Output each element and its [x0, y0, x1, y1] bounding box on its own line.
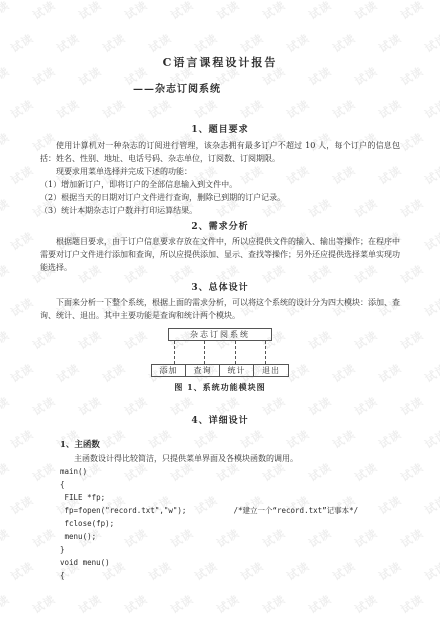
code-line: main(): [60, 465, 400, 478]
watermark-text: 试读: [30, 591, 59, 617]
code-line: {: [60, 569, 400, 582]
watermark-text: 试读: [76, 591, 105, 617]
document-subtitle: ——杂志订阅系统: [0, 84, 357, 96]
code-line: menu();: [60, 530, 400, 543]
paragraph-overall-design: 下面来分析一下整个系统，根据上面的需求分析，可以将这个系统的设计分为四大模块：添…: [40, 296, 400, 322]
diagram-connector: [174, 341, 175, 364]
paragraph-main-desc: 主函数设计得比较简洁，只提供菜单界面及各模块函数的调用。: [74, 452, 400, 465]
code-text: {: [60, 478, 65, 491]
module-diagram: 杂志订阅系统 添加 查询 统计 退出 图 1、系统功能模块图: [40, 328, 400, 393]
code-line: fp=fopen("record.txt","w");/*建立一个“record…: [60, 504, 400, 517]
figure-caption: 图 1、系统功能模块图: [174, 382, 265, 393]
module-cell-add: 添加: [152, 365, 186, 376]
code-text: void menu(): [60, 556, 110, 569]
code-line: {: [60, 478, 400, 491]
diagram-connector: [204, 341, 205, 364]
module-cell-exit: 退出: [254, 365, 288, 376]
code-line: fclose(fp);: [60, 517, 400, 530]
diagram-root-box: 杂志订阅系统: [168, 328, 272, 341]
diagram-module-row: 添加 查询 统计 退出: [151, 364, 289, 377]
code-text: main(): [60, 465, 87, 478]
module-cell-query: 查询: [186, 365, 220, 376]
document-title: C语言课程设计报告: [40, 56, 400, 70]
watermark-text: 试读: [0, 591, 12, 617]
watermark-text: 试读: [168, 591, 197, 617]
watermark-text: 试读: [352, 591, 381, 617]
diagram-connector: [235, 341, 236, 364]
subsection-main-function: 1、主函数 主函数设计得比较简洁，只提供菜单界面及各模块函数的调用。 main(…: [60, 439, 400, 582]
section-heading-requirements: 1、题目要求: [40, 124, 400, 136]
watermark-text: 试读: [214, 591, 243, 617]
watermark-text: 试读: [306, 591, 335, 617]
watermark-text: 试读: [398, 591, 427, 617]
watermark-text: 试读: [122, 591, 151, 617]
document-page: 试读试读试读试读试读试读试读试读试读试读试读试读试读试读试读试读试读试读试读试读…: [0, 0, 440, 620]
code-line: void menu(): [60, 556, 400, 569]
section-heading-detailed-design: 4、详细设计: [40, 415, 400, 427]
diagram-connectors: [174, 341, 266, 364]
code-block: main() { FILE *fp; fp=fopen("record.txt"…: [60, 465, 400, 582]
code-line: FILE *fp;: [60, 491, 400, 504]
requirement-item: （1）增加新订户，即将订户的全部信息输入到文件中。: [40, 178, 400, 191]
diagram-connector: [265, 341, 266, 364]
paragraph-requirements-intro: 使用计算机对一种杂志的订阅进行管理，该杂志拥有最多订户不超过 10 人，每个订户…: [40, 139, 400, 165]
code-line: }: [60, 543, 400, 556]
document-content: C语言课程设计报告 ——杂志订阅系统 1、题目要求 使用计算机对一种杂志的订阅进…: [0, 0, 440, 582]
code-text: }: [60, 543, 65, 556]
subsection-heading-main: 1、主函数: [60, 439, 400, 451]
code-comment: /*建立一个“record.txt”记事本*/: [233, 504, 358, 517]
code-text: fclose(fp);: [60, 517, 114, 530]
code-text: FILE *fp;: [60, 491, 105, 504]
section-heading-analysis: 2、需求分析: [40, 221, 400, 233]
requirement-item: （3）统计本期杂志订户数并打印运算结果。: [40, 204, 400, 217]
module-cell-stats: 统计: [220, 365, 254, 376]
code-text: {: [60, 569, 65, 582]
requirement-item: （2）根据当天的日期对订户文件进行查询，删除已到期的订户记录。: [40, 191, 400, 204]
paragraph-requirements-menu: 现要求用菜单选择并完成下述的功能：: [40, 165, 400, 178]
code-text: fp=fopen("record.txt","w");: [60, 504, 186, 517]
paragraph-analysis: 根据题目要求，由于订户信息要求存放在文件中，所以应提供文件的输入、输出等操作；在…: [40, 235, 400, 274]
watermark-text: 试读: [260, 591, 289, 617]
code-text: menu();: [60, 530, 96, 543]
section-heading-overall-design: 3、总体设计: [40, 282, 400, 294]
